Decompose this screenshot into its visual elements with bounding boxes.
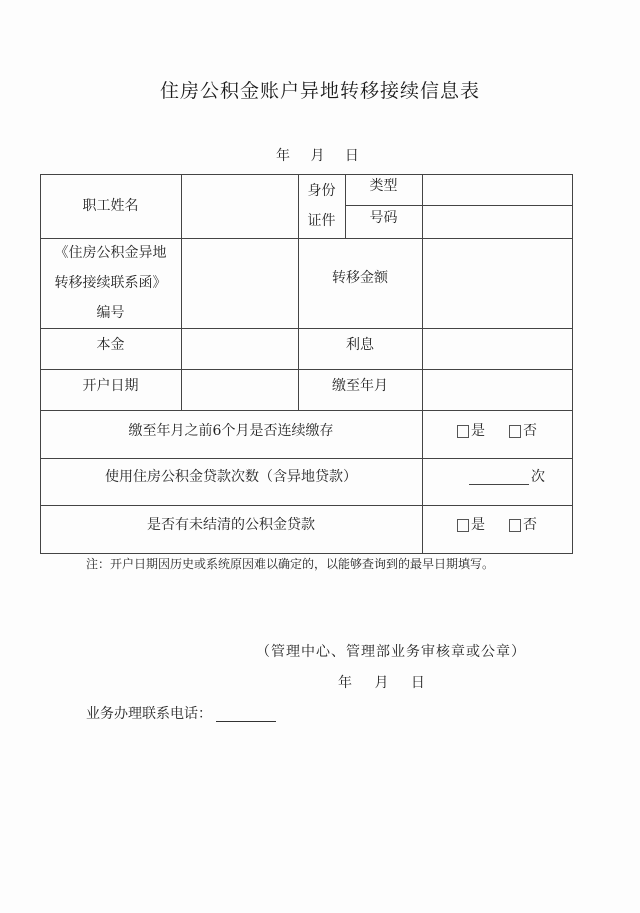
open-date-field[interactable] (181, 369, 298, 410)
loan-count-field[interactable]: 次 (422, 458, 572, 496)
footnote: 注：开户日期因历史或系统原因难以确定的，以能够查询到的最早日期填写。 (86, 555, 494, 572)
no-label: 否 (523, 424, 537, 438)
form-title: 住房公积金账户异地转移接续信息表 (0, 76, 640, 103)
paid-until-field[interactable] (422, 369, 572, 410)
checkbox-icon[interactable] (509, 519, 521, 532)
transfer-amount-label: 转移金额 (298, 238, 422, 318)
employee-name-field[interactable] (181, 174, 298, 238)
letter-label-line3: 编号 (97, 298, 125, 328)
unsettled-yes-option[interactable]: 是 (457, 518, 485, 532)
letter-label-line2: 转移接续联系函》 (55, 268, 167, 298)
contact-phone-label: 业务办理联系电话： (86, 706, 212, 722)
contact-letter-number-field[interactable] (181, 238, 298, 328)
no-label: 否 (523, 518, 537, 532)
contact-letter-number-label: 《住房公积金异地 转移接续联系函》 编号 (40, 238, 181, 328)
footer-date-year: 年 (338, 675, 352, 691)
employee-name-label: 职工姓名 (40, 174, 181, 238)
id-type-label: 类型 (345, 174, 422, 205)
table-border (572, 174, 573, 554)
header-date: 年 月 日 (276, 145, 359, 165)
loan-count-blank[interactable] (469, 470, 529, 485)
footer-date: 年 月 日 (338, 672, 425, 692)
unsettled-no-option[interactable]: 否 (509, 518, 537, 532)
loan-count-unit: 次 (531, 470, 545, 484)
yes-label: 是 (471, 518, 485, 532)
paid-until-label: 缴至年月 (298, 369, 422, 402)
id-type-field[interactable] (422, 174, 572, 205)
continuous-no-option[interactable]: 否 (509, 424, 537, 438)
transfer-amount-field[interactable] (422, 238, 572, 328)
header-date-month: 月 (310, 148, 324, 164)
interest-field[interactable] (422, 328, 572, 369)
unsettled-loan-options: 是 否 (422, 505, 572, 545)
id-label-line2: 证件 (308, 206, 336, 236)
interest-label: 利息 (298, 328, 422, 361)
footer-date-month: 月 (374, 675, 388, 691)
principal-label: 本金 (40, 328, 181, 361)
header-date-day: 日 (345, 148, 359, 164)
checkbox-icon[interactable] (457, 425, 469, 438)
contact-phone: 业务办理联系电话： (86, 703, 276, 723)
contact-phone-field[interactable] (216, 707, 276, 722)
continuous-deposit-options: 是 否 (422, 410, 572, 452)
id-document-label: 身份 证件 (298, 174, 345, 238)
footer-date-day: 日 (411, 675, 425, 691)
open-date-label: 开户日期 (40, 369, 181, 402)
id-number-field[interactable] (422, 205, 572, 238)
checkbox-icon[interactable] (509, 425, 521, 438)
stamp-instruction: （管理中心、管理部业务审核章或公章） (256, 641, 526, 661)
continuous-yes-option[interactable]: 是 (457, 424, 485, 438)
header-date-year: 年 (276, 148, 290, 164)
continuous-deposit-label: 缴至年月之前6个月是否连续缴存 (40, 410, 422, 452)
id-label-line1: 身份 (308, 176, 336, 206)
letter-label-line1: 《住房公积金异地 (55, 238, 167, 268)
principal-field[interactable] (181, 328, 298, 369)
unsettled-loan-label: 是否有未结清的公积金贷款 (40, 505, 422, 545)
checkbox-icon[interactable] (457, 519, 469, 532)
loan-count-label: 使用住房公积金贷款次数（含异地贷款） (40, 458, 422, 496)
yes-label: 是 (471, 424, 485, 438)
id-number-label: 号码 (345, 205, 422, 238)
